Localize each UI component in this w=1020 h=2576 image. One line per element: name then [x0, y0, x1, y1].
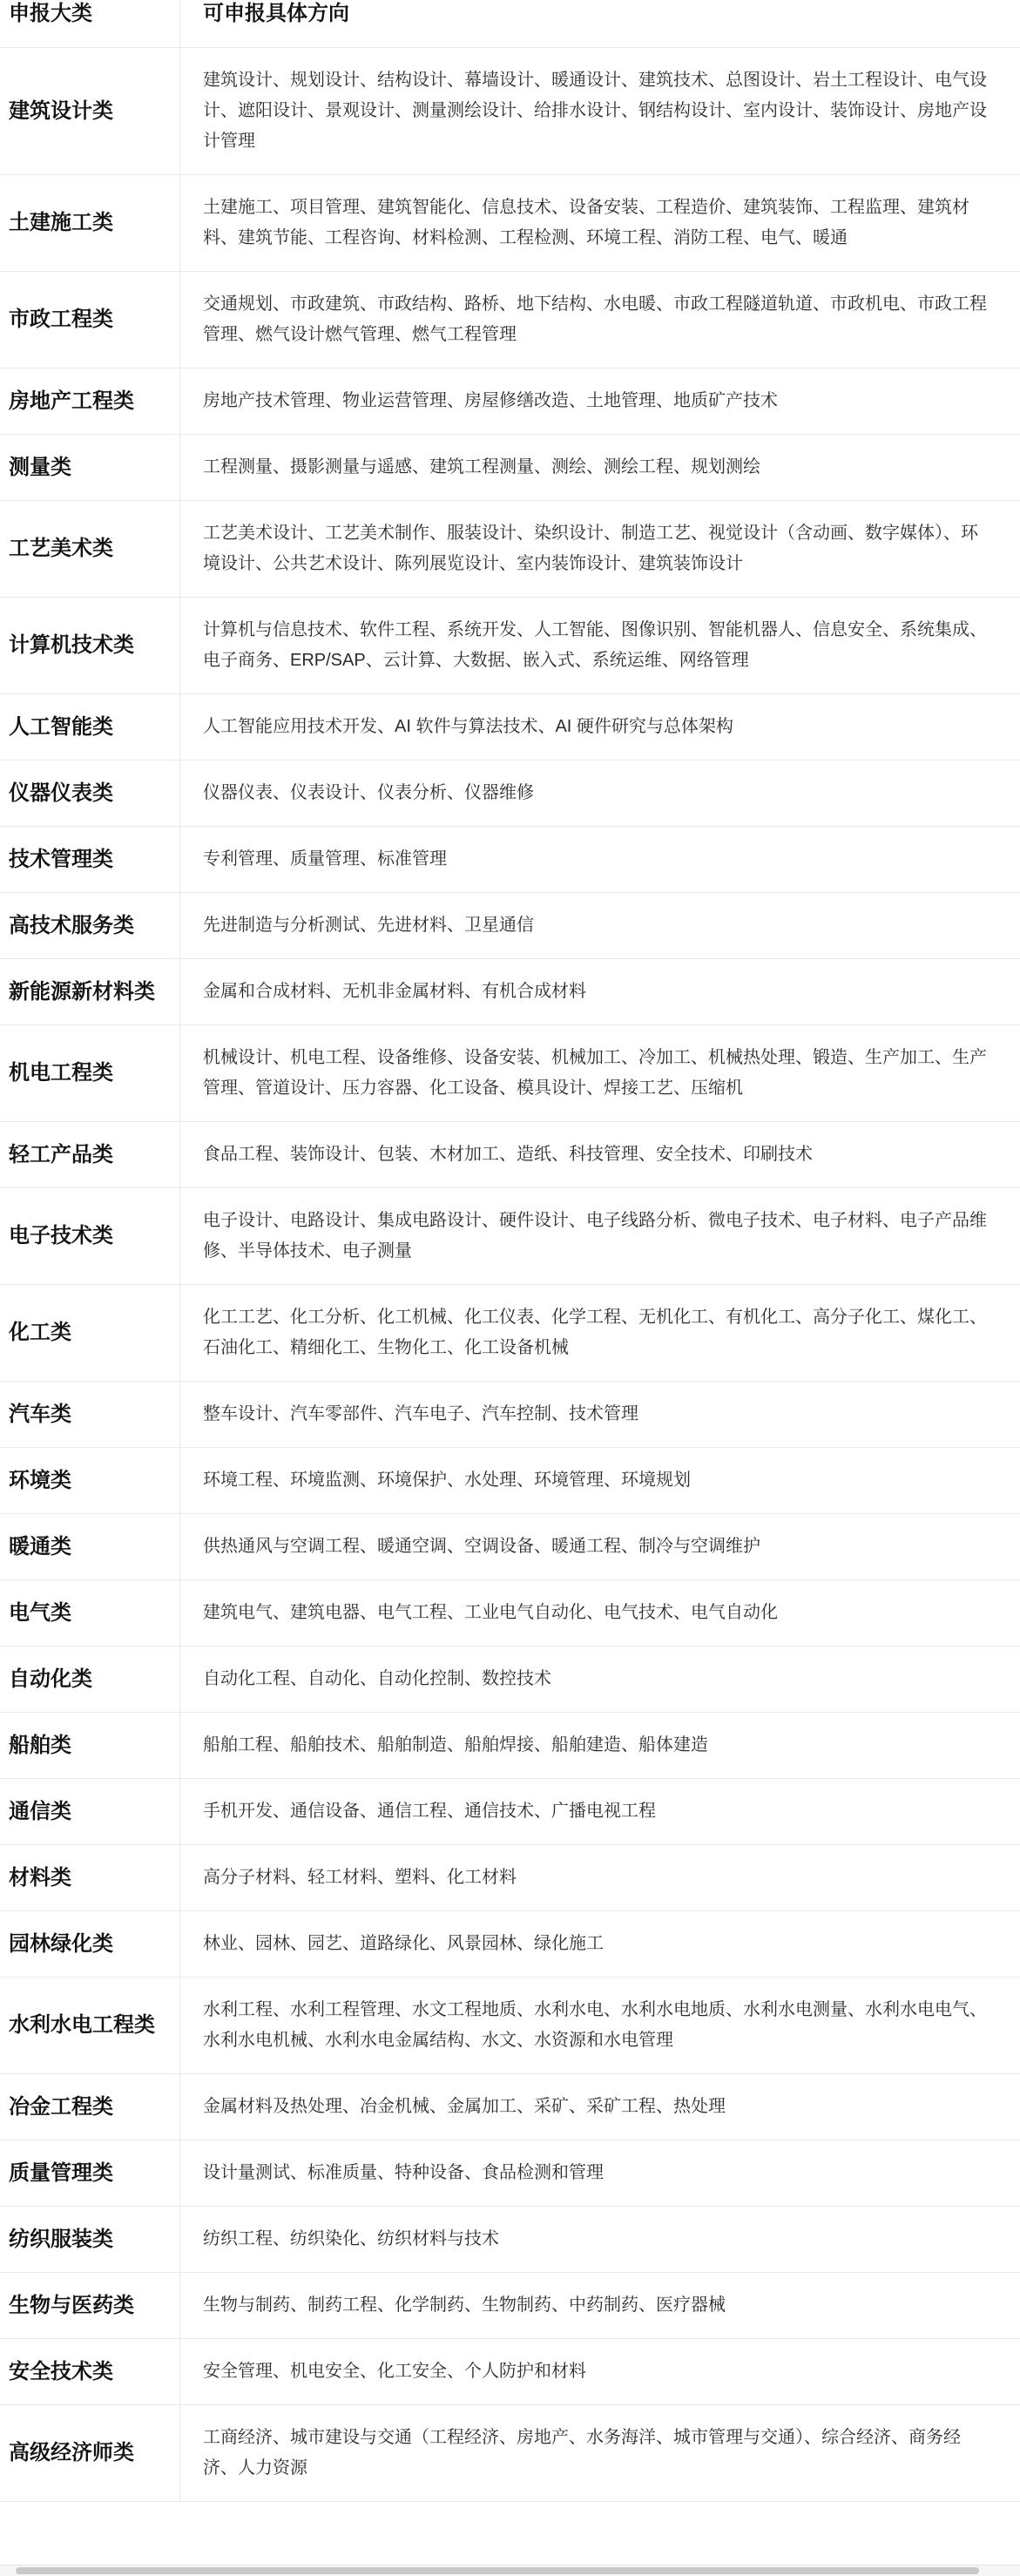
directions-cell: 仪器仪表、仪表设计、仪表分析、仪器维修 [180, 761, 1020, 826]
table-row: 建筑设计类 建筑设计、规划设计、结构设计、幕墙设计、暖通设计、建筑技术、总图设计… [0, 48, 1020, 175]
directions-cell: 安全管理、机电安全、化工安全、个人防护和材料 [180, 2339, 1020, 2404]
bottom-spacer [0, 2502, 1020, 2523]
category-cell: 建筑设计类 [0, 48, 180, 174]
table-row: 生物与医药类 生物与制药、制药工程、化学制药、生物制药、中药制药、医疗器械 [0, 2273, 1020, 2339]
table-row: 房地产工程类 房地产技术管理、物业运营管理、房屋修缮改造、土地管理、地质矿产技术 [0, 368, 1020, 435]
table-row: 高级经济师类 工商经济、城市建设与交通（工程经济、房地产、水务海洋、城市管理与交… [0, 2405, 1020, 2502]
directions-cell: 船舶工程、船舶技术、船舶制造、船舶焊接、船舶建造、船体建造 [180, 1713, 1020, 1778]
directions-cell: 金属和合成材料、无机非金属材料、有机合成材料 [180, 959, 1020, 1024]
directions-cell: 先进制造与分析测试、先进材料、卫星通信 [180, 893, 1020, 958]
table-row: 技术管理类 专利管理、质量管理、标准管理 [0, 827, 1020, 893]
directions-cell: 工商经济、城市建设与交通（工程经济、房地产、水务海洋、城市管理与交通）、综合经济… [180, 2405, 1020, 2501]
directions-cell: 交通规划、市政建筑、市政结构、路桥、地下结构、水电暖、市政工程隧道轨道、市政机电… [180, 272, 1020, 368]
directions-cell: 金属材料及热处理、冶金机械、金属加工、采矿、采矿工程、热处理 [180, 2074, 1020, 2140]
category-cell: 水利水电工程类 [0, 1978, 180, 2073]
directions-cell: 林业、园林、园艺、道路绿化、风景园林、绿化施工 [180, 1911, 1020, 1977]
directions-cell: 建筑电气、建筑电器、电气工程、工业电气自动化、电气技术、电气自动化 [180, 1580, 1020, 1646]
directions-cell: 电子设计、电路设计、集成电路设计、硬件设计、电子线路分析、微电子技术、电子材料、… [180, 1188, 1020, 1284]
directions-cell: 专利管理、质量管理、标准管理 [180, 827, 1020, 892]
directions-cell: 化工工艺、化工分析、化工机械、化工仪表、化学工程、无机化工、有机化工、高分子化工… [180, 1285, 1020, 1381]
table-row: 计算机技术类 计算机与信息技术、软件工程、系统开发、人工智能、图像识别、智能机器… [0, 598, 1020, 694]
category-cell: 高技术服务类 [0, 893, 180, 958]
category-cell: 新能源新材料类 [0, 959, 180, 1024]
directions-cell: 环境工程、环境监测、环境保护、水处理、环境管理、环境规划 [180, 1448, 1020, 1513]
category-cell: 汽车类 [0, 1382, 180, 1447]
table-row: 电子技术类 电子设计、电路设计、集成电路设计、硬件设计、电子线路分析、微电子技术… [0, 1188, 1020, 1285]
directions-cell: 整车设计、汽车零部件、汽车电子、汽车控制、技术管理 [180, 1382, 1020, 1447]
table-row: 土建施工类 土建施工、项目管理、建筑智能化、信息技术、设备安装、工程造价、建筑装… [0, 175, 1020, 272]
category-cell: 仪器仪表类 [0, 761, 180, 826]
table-row: 高技术服务类 先进制造与分析测试、先进材料、卫星通信 [0, 893, 1020, 959]
category-cell: 材料类 [0, 1845, 180, 1910]
directions-cell: 水利工程、水利工程管理、水文工程地质、水利水电、水利水电地质、水利水电测量、水利… [180, 1978, 1020, 2073]
category-cell: 房地产工程类 [0, 368, 180, 434]
category-cell: 市政工程类 [0, 272, 180, 368]
category-cell: 质量管理类 [0, 2140, 180, 2206]
category-cell: 轻工产品类 [0, 1122, 180, 1187]
scrollbar-thumb[interactable] [16, 2567, 979, 2574]
table-header-row: 申报大类 可申报具体方向 [0, 0, 1020, 48]
table-row: 人工智能类 人工智能应用技术开发、AI 软件与算法技术、AI 硬件研究与总体架构 [0, 694, 1020, 761]
category-cell: 计算机技术类 [0, 598, 180, 693]
category-cell: 技术管理类 [0, 827, 180, 892]
category-cell: 自动化类 [0, 1646, 180, 1712]
table-row: 通信类 手机开发、通信设备、通信工程、通信技术、广播电视工程 [0, 1779, 1020, 1845]
directions-cell: 建筑设计、规划设计、结构设计、幕墙设计、暖通设计、建筑技术、总图设计、岩土工程设… [180, 48, 1020, 174]
table-row: 冶金工程类 金属材料及热处理、冶金机械、金属加工、采矿、采矿工程、热处理 [0, 2074, 1020, 2140]
category-cell: 人工智能类 [0, 694, 180, 760]
directions-cell: 人工智能应用技术开发、AI 软件与算法技术、AI 硬件研究与总体架构 [180, 694, 1020, 760]
directions-cell: 纺织工程、纺织染化、纺织材料与技术 [180, 2207, 1020, 2272]
table-row: 纺织服装类 纺织工程、纺织染化、纺织材料与技术 [0, 2207, 1020, 2273]
table-row: 轻工产品类 食品工程、装饰设计、包装、木材加工、造纸、科技管理、安全技术、印刷技… [0, 1122, 1020, 1188]
category-cell: 工艺美术类 [0, 501, 180, 597]
directions-cell: 工艺美术设计、工艺美术制作、服装设计、染织设计、制造工艺、视觉设计（含动画、数字… [180, 501, 1020, 597]
table-row: 船舶类 船舶工程、船舶技术、船舶制造、船舶焊接、船舶建造、船体建造 [0, 1713, 1020, 1779]
category-cell: 纺织服装类 [0, 2207, 180, 2272]
category-cell: 电气类 [0, 1580, 180, 1646]
table-row: 汽车类 整车设计、汽车零部件、汽车电子、汽车控制、技术管理 [0, 1382, 1020, 1448]
table-row: 自动化类 自动化工程、自动化、自动化控制、数控技术 [0, 1646, 1020, 1713]
category-cell: 测量类 [0, 435, 180, 500]
directions-cell: 房地产技术管理、物业运营管理、房屋修缮改造、土地管理、地质矿产技术 [180, 368, 1020, 434]
directions-cell: 供热通风与空调工程、暖通空调、空调设备、暖通工程、制冷与空调维护 [180, 1514, 1020, 1579]
table-row: 市政工程类 交通规划、市政建筑、市政结构、路桥、地下结构、水电暖、市政工程隧道轨… [0, 272, 1020, 368]
directions-cell: 土建施工、项目管理、建筑智能化、信息技术、设备安装、工程造价、建筑装饰、工程监理… [180, 175, 1020, 271]
table-row: 电气类 建筑电气、建筑电器、电气工程、工业电气自动化、电气技术、电气自动化 [0, 1580, 1020, 1646]
table-row: 化工类 化工工艺、化工分析、化工机械、化工仪表、化学工程、无机化工、有机化工、高… [0, 1285, 1020, 1382]
category-cell: 化工类 [0, 1285, 180, 1381]
directions-cell: 计算机与信息技术、软件工程、系统开发、人工智能、图像识别、智能机器人、信息安全、… [180, 598, 1020, 693]
table-row: 园林绿化类 林业、园林、园艺、道路绿化、风景园林、绿化施工 [0, 1911, 1020, 1978]
directions-cell: 高分子材料、轻工材料、塑料、化工材料 [180, 1845, 1020, 1910]
category-cell: 高级经济师类 [0, 2405, 180, 2501]
category-cell: 机电工程类 [0, 1025, 180, 1121]
category-cell: 环境类 [0, 1448, 180, 1513]
directions-cell: 食品工程、装饰设计、包装、木材加工、造纸、科技管理、安全技术、印刷技术 [180, 1122, 1020, 1187]
category-table-page: { "table": { "columns": [ { "key": "cate… [0, 0, 1020, 2576]
directions-cell: 机械设计、机电工程、设备维修、设备安装、机械加工、冷加工、机械热处理、锻造、生产… [180, 1025, 1020, 1121]
table-row: 水利水电工程类 水利工程、水利工程管理、水文工程地质、水利水电、水利水电地质、水… [0, 1978, 1020, 2074]
column-header-category: 申报大类 [0, 0, 180, 47]
table-row: 质量管理类 设计量测试、标准质量、特种设备、食品检测和管理 [0, 2140, 1020, 2207]
table-row: 材料类 高分子材料、轻工材料、塑料、化工材料 [0, 1845, 1020, 1911]
directions-cell: 手机开发、通信设备、通信工程、通信技术、广播电视工程 [180, 1779, 1020, 1844]
category-cell: 暖通类 [0, 1514, 180, 1579]
table-row: 测量类 工程测量、摄影测量与遥感、建筑工程测量、测绘、测绘工程、规划测绘 [0, 435, 1020, 501]
horizontal-scrollbar[interactable] [0, 2565, 1020, 2576]
category-cell: 船舶类 [0, 1713, 180, 1778]
table-row: 安全技术类 安全管理、机电安全、化工安全、个人防护和材料 [0, 2339, 1020, 2405]
table-row: 新能源新材料类 金属和合成材料、无机非金属材料、有机合成材料 [0, 959, 1020, 1025]
directions-cell: 工程测量、摄影测量与遥感、建筑工程测量、测绘、测绘工程、规划测绘 [180, 435, 1020, 500]
table-row: 机电工程类 机械设计、机电工程、设备维修、设备安装、机械加工、冷加工、机械热处理… [0, 1025, 1020, 1122]
table-row: 暖通类 供热通风与空调工程、暖通空调、空调设备、暖通工程、制冷与空调维护 [0, 1514, 1020, 1580]
category-cell: 电子技术类 [0, 1188, 180, 1284]
table-row: 环境类 环境工程、环境监测、环境保护、水处理、环境管理、环境规划 [0, 1448, 1020, 1514]
directions-cell: 设计量测试、标准质量、特种设备、食品检测和管理 [180, 2140, 1020, 2206]
category-cell: 通信类 [0, 1779, 180, 1844]
category-cell: 生物与医药类 [0, 2273, 180, 2338]
table-body: 建筑设计类 建筑设计、规划设计、结构设计、幕墙设计、暖通设计、建筑技术、总图设计… [0, 48, 1020, 2502]
category-cell: 土建施工类 [0, 175, 180, 271]
table-row: 工艺美术类 工艺美术设计、工艺美术制作、服装设计、染织设计、制造工艺、视觉设计（… [0, 501, 1020, 598]
directions-cell: 自动化工程、自动化、自动化控制、数控技术 [180, 1646, 1020, 1712]
categories-table: 申报大类 可申报具体方向 建筑设计类 建筑设计、规划设计、结构设计、幕墙设计、暖… [0, 0, 1020, 2502]
category-cell: 安全技术类 [0, 2339, 180, 2404]
table-row: 仪器仪表类 仪器仪表、仪表设计、仪表分析、仪器维修 [0, 761, 1020, 827]
directions-cell: 生物与制药、制药工程、化学制药、生物制药、中药制药、医疗器械 [180, 2273, 1020, 2338]
category-cell: 园林绿化类 [0, 1911, 180, 1977]
column-header-directions: 可申报具体方向 [180, 0, 1020, 47]
category-cell: 冶金工程类 [0, 2074, 180, 2140]
